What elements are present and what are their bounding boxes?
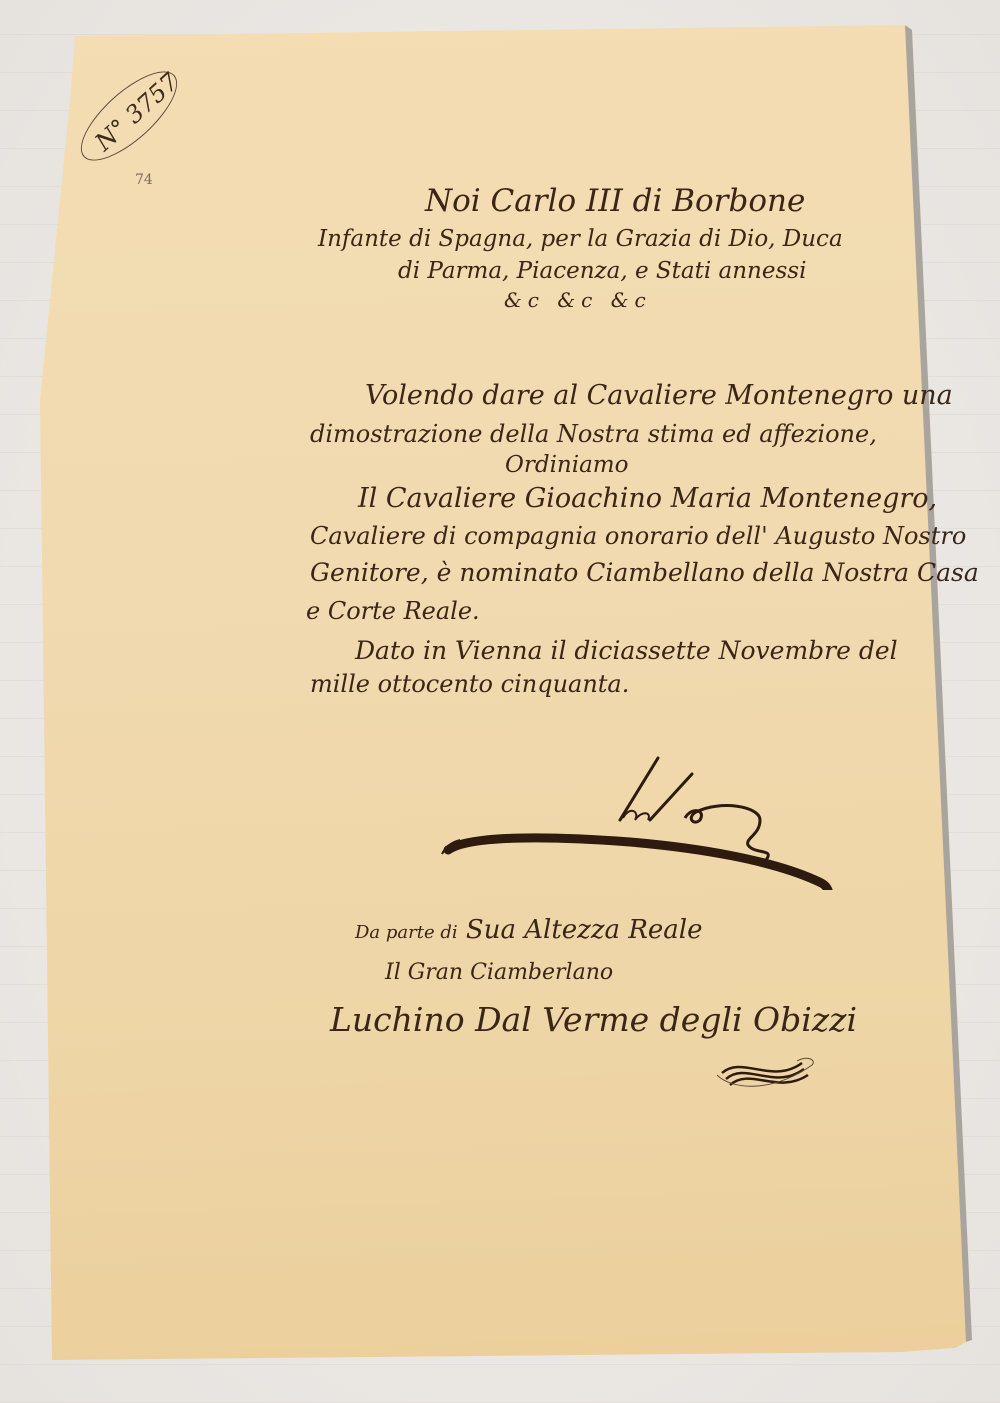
signature-carlo-icon	[430, 730, 840, 890]
heading-line-1: Noi Carlo III di Borbone	[425, 183, 805, 219]
countersign-name: Luchino Dal Verme degli Obizzi	[330, 1000, 857, 1039]
countersign-line-1: Da parte di Sua Altezza Reale	[355, 915, 702, 945]
paraph-flourish-icon	[712, 1045, 822, 1095]
countersign-line-2: Il Gran Ciamberlano	[385, 960, 613, 985]
body-line: Genitore, è nominato Ciambellano della N…	[310, 558, 979, 587]
body-line: Il Cavaliere Gioachino Maria Montenegro,	[358, 483, 937, 514]
body-line: dimostrazione della Nostra stima ed affe…	[310, 420, 877, 448]
body-line-date: Dato in Vienna il diciassette Novembre d…	[355, 636, 898, 665]
body-line-ordiniamo: Ordiniamo	[505, 452, 628, 478]
pencil-note: 74	[135, 172, 153, 188]
body-line-year: mille ottocento cinquanta.	[310, 670, 629, 698]
body-line: e Corte Reale.	[306, 597, 480, 625]
body-line: Cavaliere di compagnia onorario dell' Au…	[310, 522, 966, 550]
heading-flourish: &c &c &c	[504, 288, 652, 312]
heading-line-2: Infante di Spagna, per la Grazia di Dio,…	[318, 226, 843, 252]
heading-line-3: di Parma, Piacenza, e Stati annessi	[398, 258, 806, 284]
body-line: Volendo dare al Cavaliere Montenegro una	[365, 380, 953, 411]
countersign-title: Sua Altezza Reale	[466, 915, 703, 945]
countersign-prefix: Da parte di	[355, 922, 458, 943]
